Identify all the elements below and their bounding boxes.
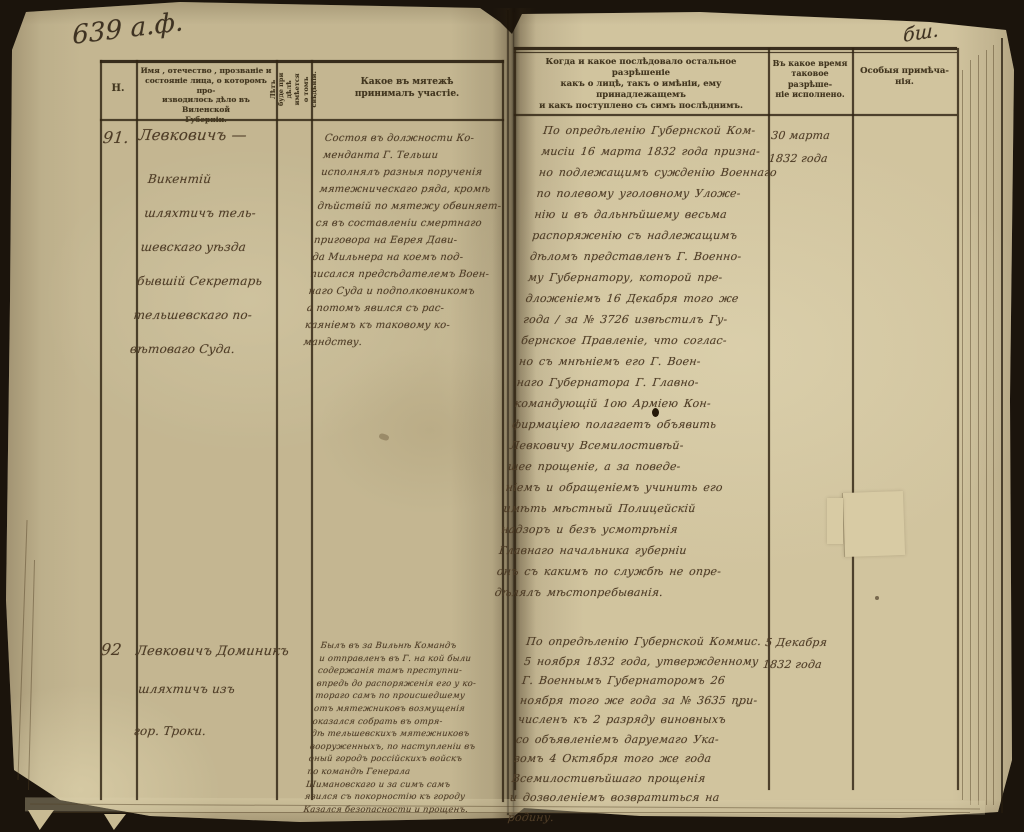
page-edge-line (970, 60, 971, 805)
left-table-border-left (100, 60, 102, 800)
right-table-top-rule (514, 47, 957, 50)
header-person-column: Имя , отечество , прозваніе и состояніе … (138, 66, 274, 125)
paper-speck (875, 596, 879, 600)
worn-corner-flap (104, 814, 126, 830)
entry-91-name-details: Викентій шляхтичъ тель- шевскаго уѣзда б… (128, 162, 284, 366)
paper-speck (736, 704, 739, 707)
entry-92-name-surname: Левковичъ Доминикъ (135, 644, 307, 659)
right-table-header-rule (514, 114, 957, 116)
header-resolution-column: Когда и какое послѣдовало остальное разр… (516, 57, 766, 112)
entry-91-number: 91. (102, 128, 130, 147)
left-table-divider-age (311, 60, 313, 800)
right-table-top-rule-2 (514, 52, 957, 53)
entry-91-participation: Состоя въ должности Ко- менданта Г. Тель… (302, 130, 521, 351)
entry-91-name-surname: Левковичъ — (138, 126, 290, 144)
header-number-column: Н. (100, 60, 136, 116)
header-participation-column: Какое въ мятежѣ принималъ участіе. (312, 60, 502, 118)
header-age-column: Лѣтъ буде при дѣлѣ имѣется о томъ свѣдѣн… (269, 71, 318, 107)
page-edge-line (986, 50, 987, 805)
paper-repair-patch (842, 491, 905, 557)
entry-92-name-details: шляхтичъ изъ гор. Троки. (132, 668, 291, 752)
entry-92-execution-date: 5 Декабря 1832 года (762, 632, 867, 676)
ink-blot (652, 408, 659, 417)
page-edge-line (993, 45, 994, 805)
header-notes-column: Особыя примѣча- нія. (853, 66, 956, 88)
paper-repair-patch-tab (827, 498, 843, 544)
page-edge-line (978, 55, 979, 805)
right-table-border-right (957, 48, 959, 790)
entry-92-number: 92 (100, 640, 123, 659)
worn-corner-flap (28, 810, 54, 830)
entry-92-resolution: По опредѣленію Губернской Коммис. 5 нояб… (507, 632, 785, 827)
book-cover-edge (1001, 38, 1003, 813)
entry-91-execution-date: 30 марта 1832 года (768, 124, 863, 170)
header-time-column: Въ какое время таковое разрѣше- ніе испо… (769, 58, 851, 100)
entry-92-participation: Былъ въ за Вильнѣ Командъ и отправленъ в… (303, 640, 530, 816)
entry-91-resolution: По опредѣленію Губернской Ком- мисіи 16 … (494, 120, 800, 603)
header-age-column-wrap: Лѣтъ буде при дѣлѣ имѣется о томъ свѣдѣн… (276, 60, 311, 118)
page-edge-line (962, 70, 963, 800)
